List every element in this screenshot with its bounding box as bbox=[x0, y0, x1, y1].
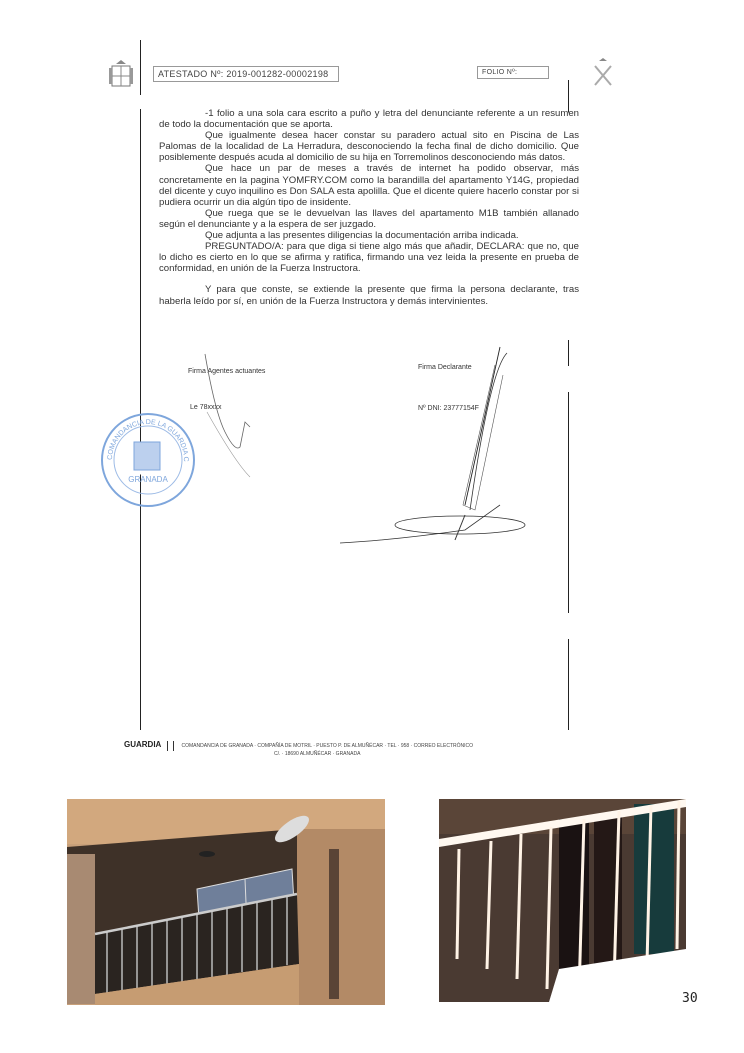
folio-number-field: FOLIO Nº: bbox=[477, 66, 549, 79]
railing-closeup-photo bbox=[439, 799, 686, 1002]
declaration-text: -1 folio a una sola cara escrito a puño … bbox=[159, 108, 579, 307]
document-footer: GUARDIA COMANDANCIA DE GRANADA · COMPAÑÍ… bbox=[124, 740, 564, 757]
official-stamp: GRANADA COMANDANCIA DE LA GUARDIA CIVIL bbox=[98, 410, 198, 510]
paragraph: Que ruega que se le devuelvan las llaves… bbox=[159, 208, 579, 230]
paragraph: Que adjunta a las presentes diligencias … bbox=[159, 230, 579, 241]
paragraph: Que hace un par de meses a través de int… bbox=[159, 163, 579, 207]
footer-address-line1: COMANDANCIA DE GRANADA · COMPAÑÍA DE MOT… bbox=[182, 743, 474, 749]
paragraph: Y para que conste, se extiende la presen… bbox=[159, 284, 579, 306]
paragraph: Que igualmente desea hacer constar su pa… bbox=[159, 130, 579, 163]
left-border-line bbox=[140, 40, 141, 730]
agent-signature bbox=[195, 352, 255, 482]
declarant-signature bbox=[335, 345, 535, 550]
svg-text:GRANADA: GRANADA bbox=[128, 475, 168, 484]
paragraph: PREGUNTADO/A: para que diga si tiene alg… bbox=[159, 241, 579, 274]
paragraph: -1 folio a una sola cara escrito a puño … bbox=[159, 108, 579, 130]
balcony-photo bbox=[67, 799, 385, 1005]
guardia-civil-emblem-icon bbox=[592, 58, 614, 88]
spain-coat-of-arms-icon bbox=[108, 60, 134, 90]
guardia-civil-brand: GUARDIA bbox=[124, 740, 161, 749]
page-number: 30 bbox=[682, 991, 698, 1006]
atestado-number: ATESTADO Nº: 2019-001282-00002198 bbox=[153, 66, 339, 82]
footer-address-line2: C/. · 18690 ALMUÑÉCAR · GRANADA bbox=[124, 751, 564, 757]
